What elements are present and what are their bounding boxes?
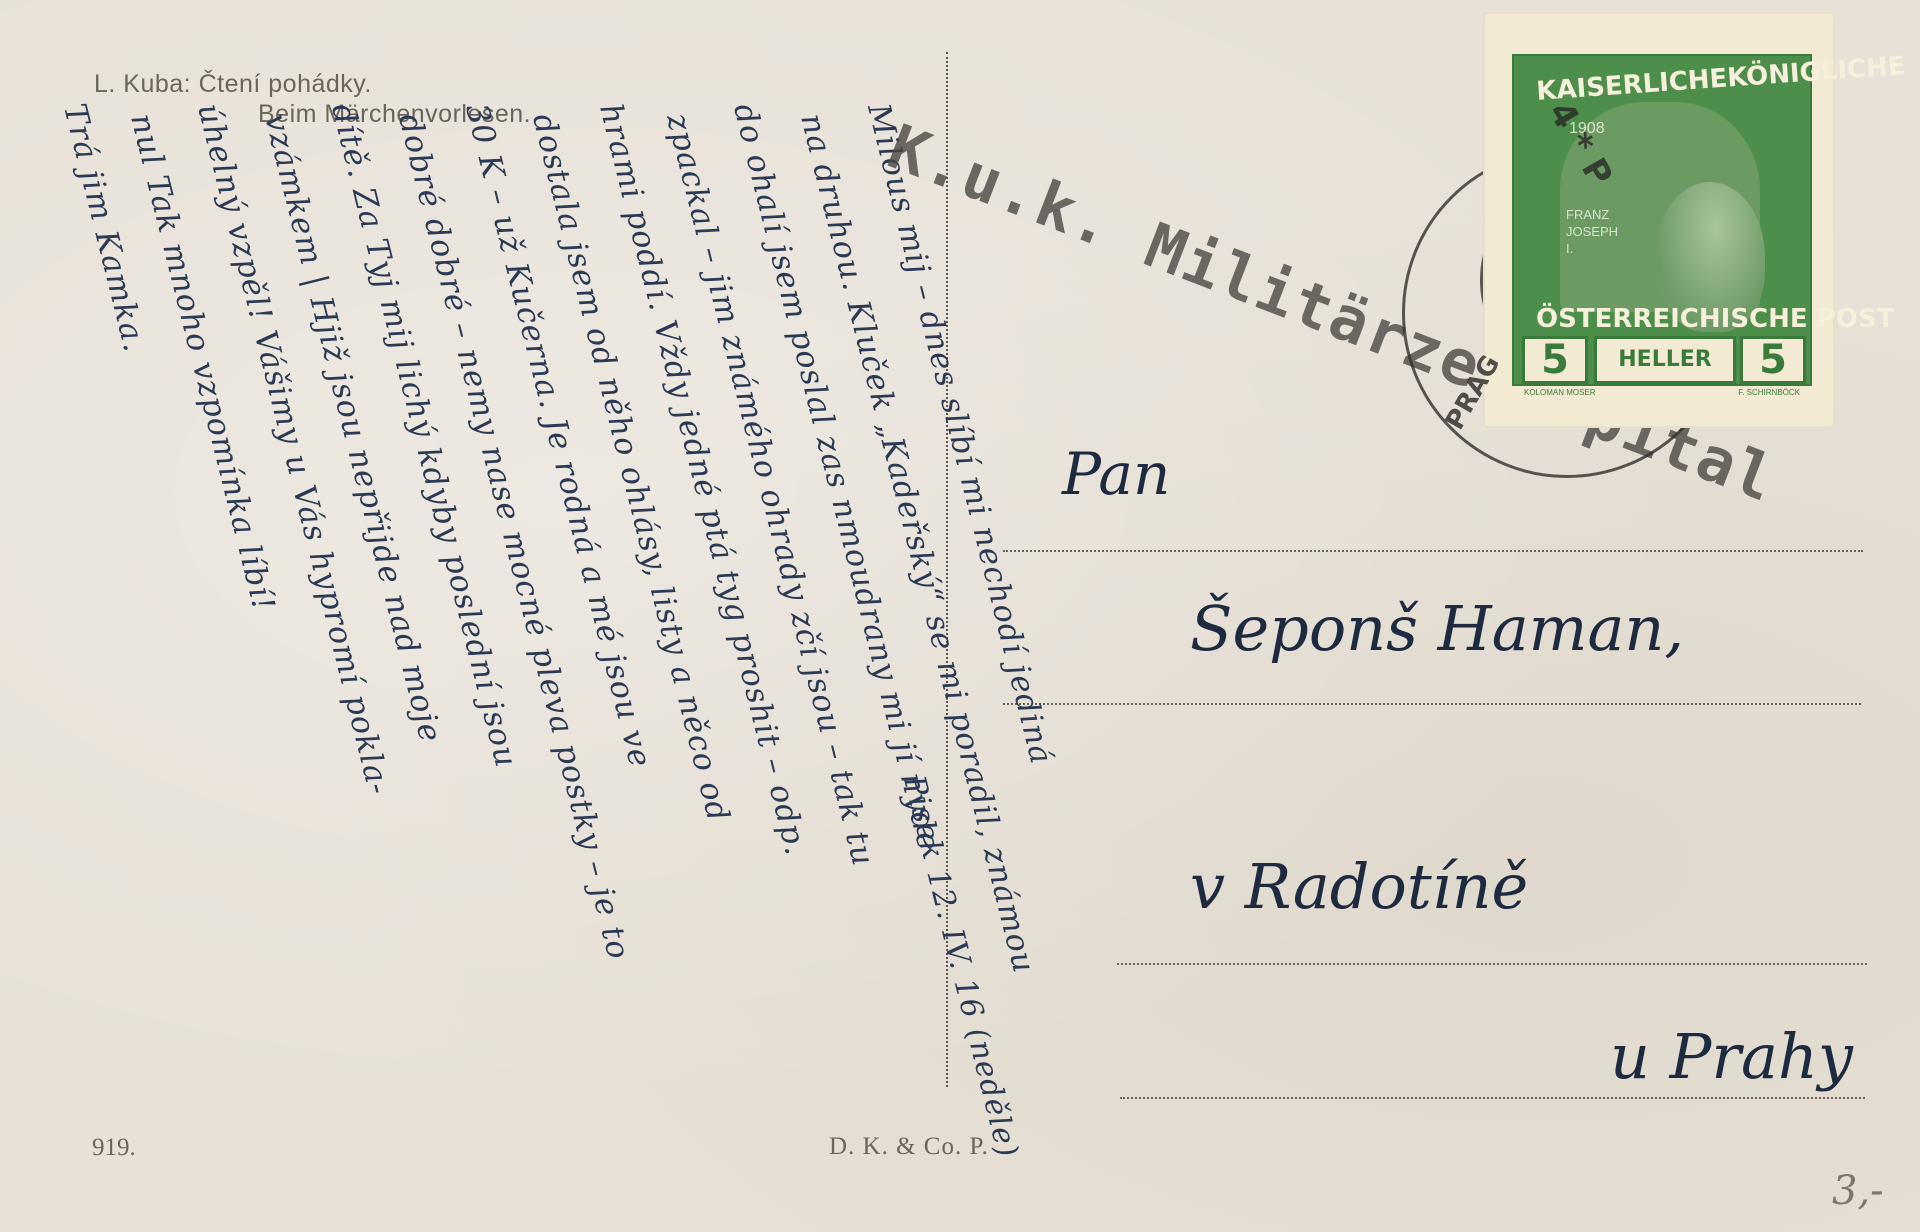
address-name: Šeponš Haman,: [1190, 592, 1684, 665]
address-region: u Prahy: [1610, 1020, 1853, 1093]
stamp-printer-line: KOLOMAN MOSER F. SCHIRNBÖCK: [1524, 388, 1800, 397]
stamp-top-text: KAISERLICHEKÖNIGLICHE: [1535, 51, 1906, 107]
address-line-4: [1120, 1097, 1865, 1099]
address-line-2: [1003, 703, 1861, 705]
stamp-designer: KOLOMAN MOSER: [1524, 388, 1596, 397]
stamp-engraver: F. SCHIRNBÖCK: [1738, 388, 1800, 397]
printed-caption-czech: L. Kuba: Čtení pohádky.: [94, 70, 372, 99]
stamp-bottom-text: ÖSTERREICHISCHE POST: [1536, 304, 1894, 334]
stamp-value-left: 5: [1522, 336, 1588, 384]
address-place: v Radotíně: [1190, 850, 1528, 923]
stamp-value-label: HELLER: [1594, 336, 1736, 384]
margin-price-note: 3,-: [1832, 1168, 1884, 1214]
postcard-back: L. Kuba: Čtení pohádky. Beim Märchenvorl…: [0, 0, 1920, 1232]
serial-number: 919.: [92, 1134, 136, 1162]
publisher-imprint: D. K. & Co. P.: [829, 1133, 989, 1161]
postage-stamp: 1908 FRANZ JOSEPH I. KAISERLICHEKÖNIGLIC…: [1485, 14, 1833, 426]
address-line-3: [1117, 963, 1867, 965]
address-line-1: [1003, 550, 1863, 552]
stamp-frame: 1908 FRANZ JOSEPH I. KAISERLICHEKÖNIGLIC…: [1512, 54, 1812, 386]
stamp-value-right: 5: [1740, 336, 1806, 384]
stamp-portrait-name: FRANZ JOSEPH I.: [1566, 206, 1626, 257]
address-salutation: Pan: [1062, 440, 1170, 508]
